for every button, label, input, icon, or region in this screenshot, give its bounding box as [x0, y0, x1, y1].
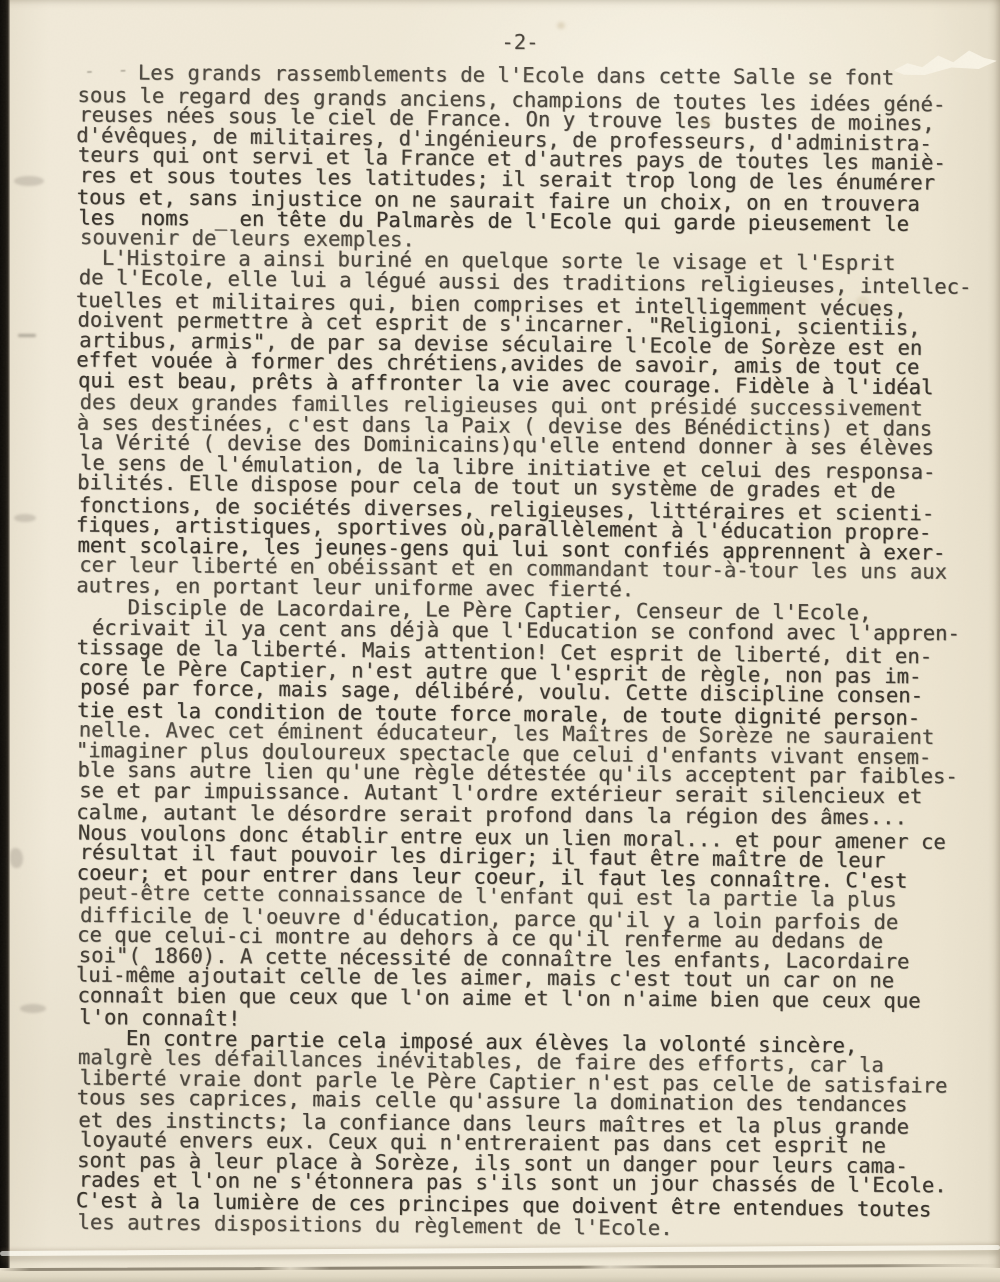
- scan-black-edge: [0, 0, 10, 1282]
- page-number: -2-: [0, 27, 1000, 56]
- paper-fold-bottom: [0, 1245, 1000, 1256]
- margin-pencil-dash: [18, 334, 36, 337]
- paper-stain: [856, 296, 869, 307]
- margin-smudge: [10, 848, 23, 868]
- margin-smudge: [14, 176, 44, 186]
- typewritten-text-body: Les grands rassemblements de l'Ecole dan…: [78, 63, 968, 1232]
- paper-stain: [557, 22, 565, 29]
- margin-smudge: [20, 1004, 46, 1013]
- paper-stain: [700, 118, 711, 127]
- scanned-typewritten-page: -2- - - Les grands rassemblements de l'E…: [0, 0, 1000, 1282]
- margin-smudge: [14, 514, 36, 522]
